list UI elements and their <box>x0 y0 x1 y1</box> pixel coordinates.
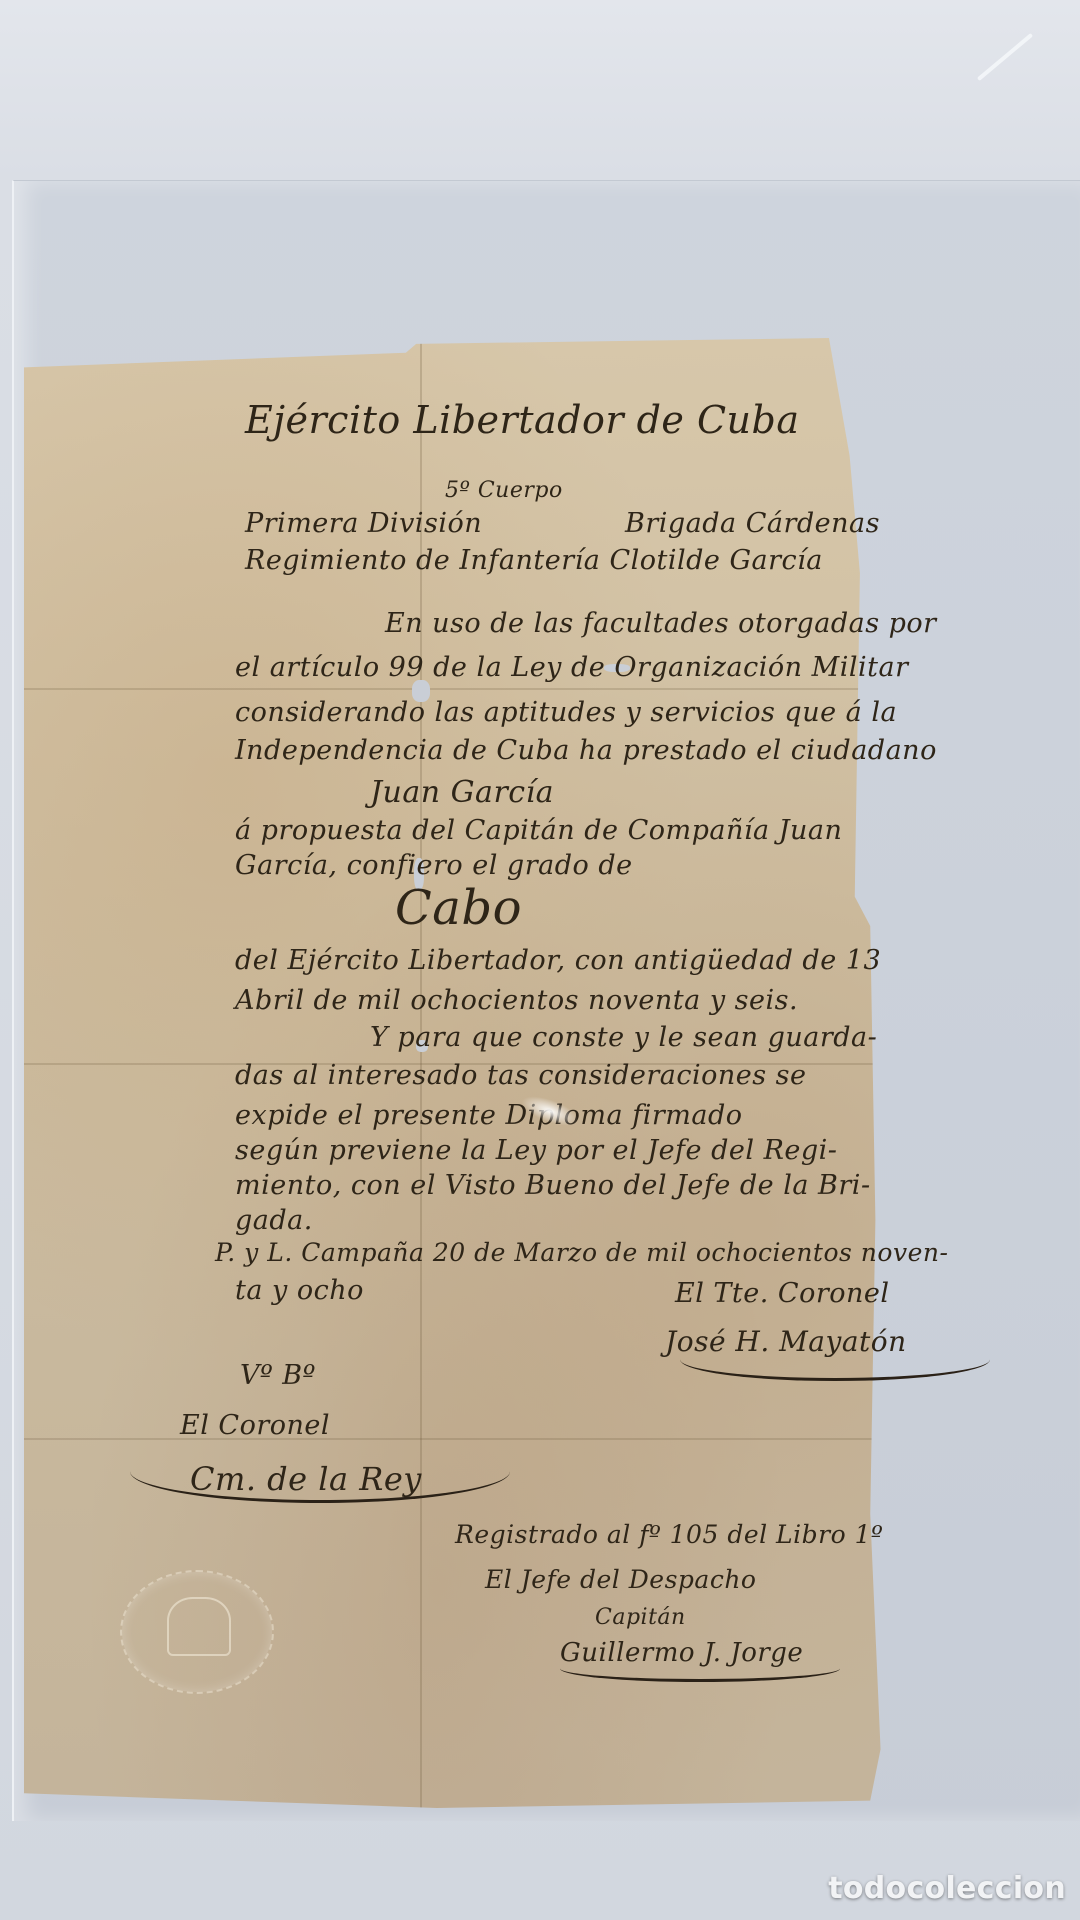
body-line: ta y ocho <box>235 1275 364 1306</box>
place-date-line: P. y L. Campaña 20 de Marzo de mil ochoc… <box>215 1238 948 1267</box>
signer-title: El Tte. Coronel <box>675 1278 890 1309</box>
body-line: según previene la Ley por el Jefe del Re… <box>235 1135 837 1166</box>
body-line: miento, con el Visto Bueno del Jefe de l… <box>235 1170 871 1201</box>
body-line: Abril de mil ochocientos noventa y seis. <box>235 985 798 1016</box>
brigade-label: Brigada Cárdenas <box>625 508 880 539</box>
embossed-seal <box>120 1570 274 1694</box>
approver-title: El Coronel <box>180 1410 330 1441</box>
body-line: considerando las aptitudes y servicios q… <box>235 697 897 728</box>
body-line: á propuesta del Capitán de Compañía Juan <box>235 815 842 846</box>
signature-flourish <box>130 1440 510 1503</box>
body-line: el artículo 99 de la Ley de Organización… <box>235 652 909 683</box>
registry-line: Registrado al fº 105 del Libro 1º <box>455 1520 883 1549</box>
registry-title: Capitán <box>595 1605 686 1630</box>
body-line: García, confiero el grado de <box>235 850 633 881</box>
recipient-name: Juan García <box>370 775 554 810</box>
document-heading: Ejército Libertador de Cuba <box>245 398 800 442</box>
body-line: Independencia de Cuba ha prestado el ciu… <box>235 735 937 766</box>
corps-label: 5º Cuerpo <box>445 478 563 503</box>
regiment-label: Regimiento de Infantería Clotilde García <box>245 545 823 576</box>
registry-line: El Jefe del Despacho <box>485 1565 756 1594</box>
signature-flourish <box>680 1338 990 1381</box>
body-line: gada. <box>235 1205 313 1236</box>
body-line: expide el presente Diploma firmado <box>235 1100 742 1131</box>
rank-title: Cabo <box>395 880 522 936</box>
body-line: En uso de las facultades otorgadas por <box>385 608 937 639</box>
signature-flourish <box>560 1655 840 1682</box>
seal-emblem-icon <box>167 1597 231 1656</box>
body-line: das al interesado tas consideraciones se <box>235 1060 807 1091</box>
watermark-logo: todocoleccion <box>828 1871 1066 1906</box>
body-line: del Ejército Libertador, con antigüedad … <box>235 945 881 976</box>
body-line: Y para que conste y le sean guarda- <box>370 1022 877 1053</box>
visto-bueno: Vº Bº <box>240 1360 316 1391</box>
division-label: Primera División <box>245 508 482 539</box>
